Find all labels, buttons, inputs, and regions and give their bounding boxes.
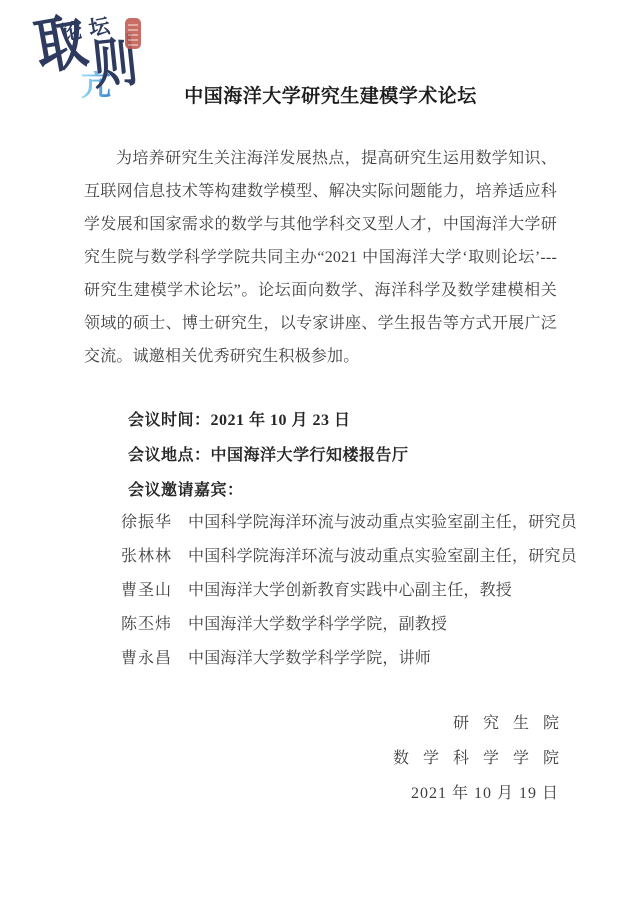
guest-row: 曹圣山 中国海洋大学创新教育实践中心副主任，教授 <box>121 574 561 608</box>
signature-block: 研究生院 数学科学学院 2021 年 10 月 19 日 <box>393 706 559 811</box>
guest-name: 徐振华 <box>121 506 188 540</box>
guest-row: 徐振华 中国科学院海洋环流与波动重点实验室副主任，研究员 <box>121 506 561 540</box>
guest-description: 中国科学院海洋环流与波动重点实验室副主任，研究员 <box>188 540 577 574</box>
guest-description: 中国海洋大学数学科学学院，副教授 <box>188 608 561 642</box>
guest-description: 中国海洋大学数学科学学院，讲师 <box>188 642 561 676</box>
meeting-guests-heading: 会议邀请嘉宾： <box>128 473 409 508</box>
intro-paragraph: 为培养研究生关注海洋发展热点，提高研究生运用数学知识、互联网信息技术等构建数学模… <box>84 142 557 373</box>
guest-name: 张林林 <box>121 540 188 574</box>
guest-list: 徐振华 中国科学院海洋环流与波动重点实验室副主任，研究员 张林林 中国科学院海洋… <box>121 506 561 676</box>
guest-row: 陈丕炜 中国海洋大学数学科学学院，副教授 <box>121 608 561 642</box>
guest-description: 中国海洋大学创新教育实践中心副主任，教授 <box>188 574 561 608</box>
guest-name: 曹永昌 <box>121 642 188 676</box>
meeting-location-line: 会议地点：中国海洋大学行知楼报告厅 <box>128 438 409 473</box>
signature-date: 2021 年 10 月 19 日 <box>393 776 559 811</box>
page-title: 中国海洋大学研究生建模学术论坛 <box>84 81 577 108</box>
guest-name: 陈丕炜 <box>121 608 188 642</box>
guest-row: 张林林 中国科学院海洋环流与波动重点实验室副主任，研究员 <box>121 540 561 574</box>
meeting-time-line: 会议时间：2021 年 10 月 23 日 <box>128 403 409 438</box>
guest-name: 曹圣山 <box>121 574 188 608</box>
signature-org-graduate-school: 研究生院 <box>393 706 573 741</box>
guest-row: 曹永昌 中国海洋大学数学科学学院，讲师 <box>121 642 561 676</box>
signature-org-math-school: 数学科学学院 <box>393 741 573 776</box>
meeting-info: 会议时间：2021 年 10 月 23 日 会议地点：中国海洋大学行知楼报告厅 … <box>128 403 409 508</box>
guest-description: 中国科学院海洋环流与波动重点实验室副主任，研究员 <box>188 506 577 540</box>
logo-seal-stamp-icon <box>125 18 141 49</box>
document-page: 取 则 论坛 亢 中国海洋大学研究生建模学术论坛 为培养研究生关注海洋发展热点，… <box>0 0 639 905</box>
